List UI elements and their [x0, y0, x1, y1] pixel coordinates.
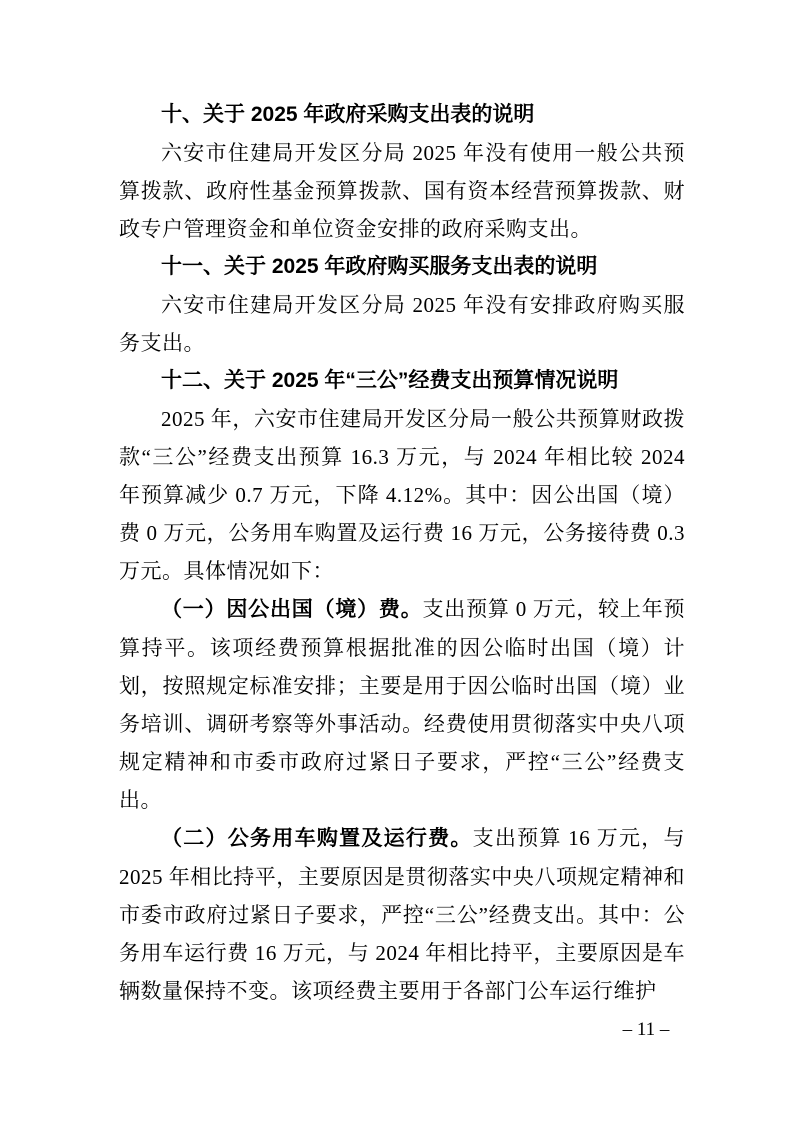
document-page: 十、关于 2025 年政府采购支出表的说明 六安市住建局开发区分局 2025 年…	[0, 0, 793, 1122]
section-11-heading: 十一、关于 2025 年政府购买服务支出表的说明	[119, 248, 685, 286]
item-2-body-text: 支出预算 16 万元，与 2025 年相比持平，主要原因是贯彻落实中央八项规定精…	[119, 826, 685, 1003]
document-body: 十、关于 2025 年政府采购支出表的说明 六安市住建局开发区分局 2025 年…	[119, 96, 685, 1010]
section-12-intro-paragraph: 2025 年，六安市住建局开发区分局一般公共预算财政拨款“三公”经费支出预算 1…	[119, 400, 685, 590]
item-2-lead-label: （二）公务用车购置及运行费。	[161, 827, 473, 850]
section-12-heading: 十二、关于 2025 年“三公”经费支出预算情况说明	[119, 362, 685, 400]
section-11-paragraph: 六安市住建局开发区分局 2025 年没有安排政府购买服务支出。	[119, 286, 685, 362]
page-number: – 11 –	[598, 1016, 694, 1044]
section-12-item-2-paragraph: （二）公务用车购置及运行费。支出预算 16 万元，与 2025 年相比持平，主要…	[119, 819, 685, 1010]
section-10-paragraph: 六安市住建局开发区分局 2025 年没有使用一般公共预算拨款、政府性基金预算拨款…	[119, 134, 685, 248]
section-12-item-1-paragraph: （一）因公出国（境）费。支出预算 0 万元，较上年预算持平。该项经费预算根据批准…	[119, 590, 685, 819]
item-1-body-text: 支出预算 0 万元，较上年预算持平。该项经费预算根据批准的因公临时出国（境）计划…	[119, 597, 685, 812]
item-1-lead-label: （一）因公出国（境）费。	[161, 598, 423, 621]
section-10-heading: 十、关于 2025 年政府采购支出表的说明	[119, 96, 685, 134]
